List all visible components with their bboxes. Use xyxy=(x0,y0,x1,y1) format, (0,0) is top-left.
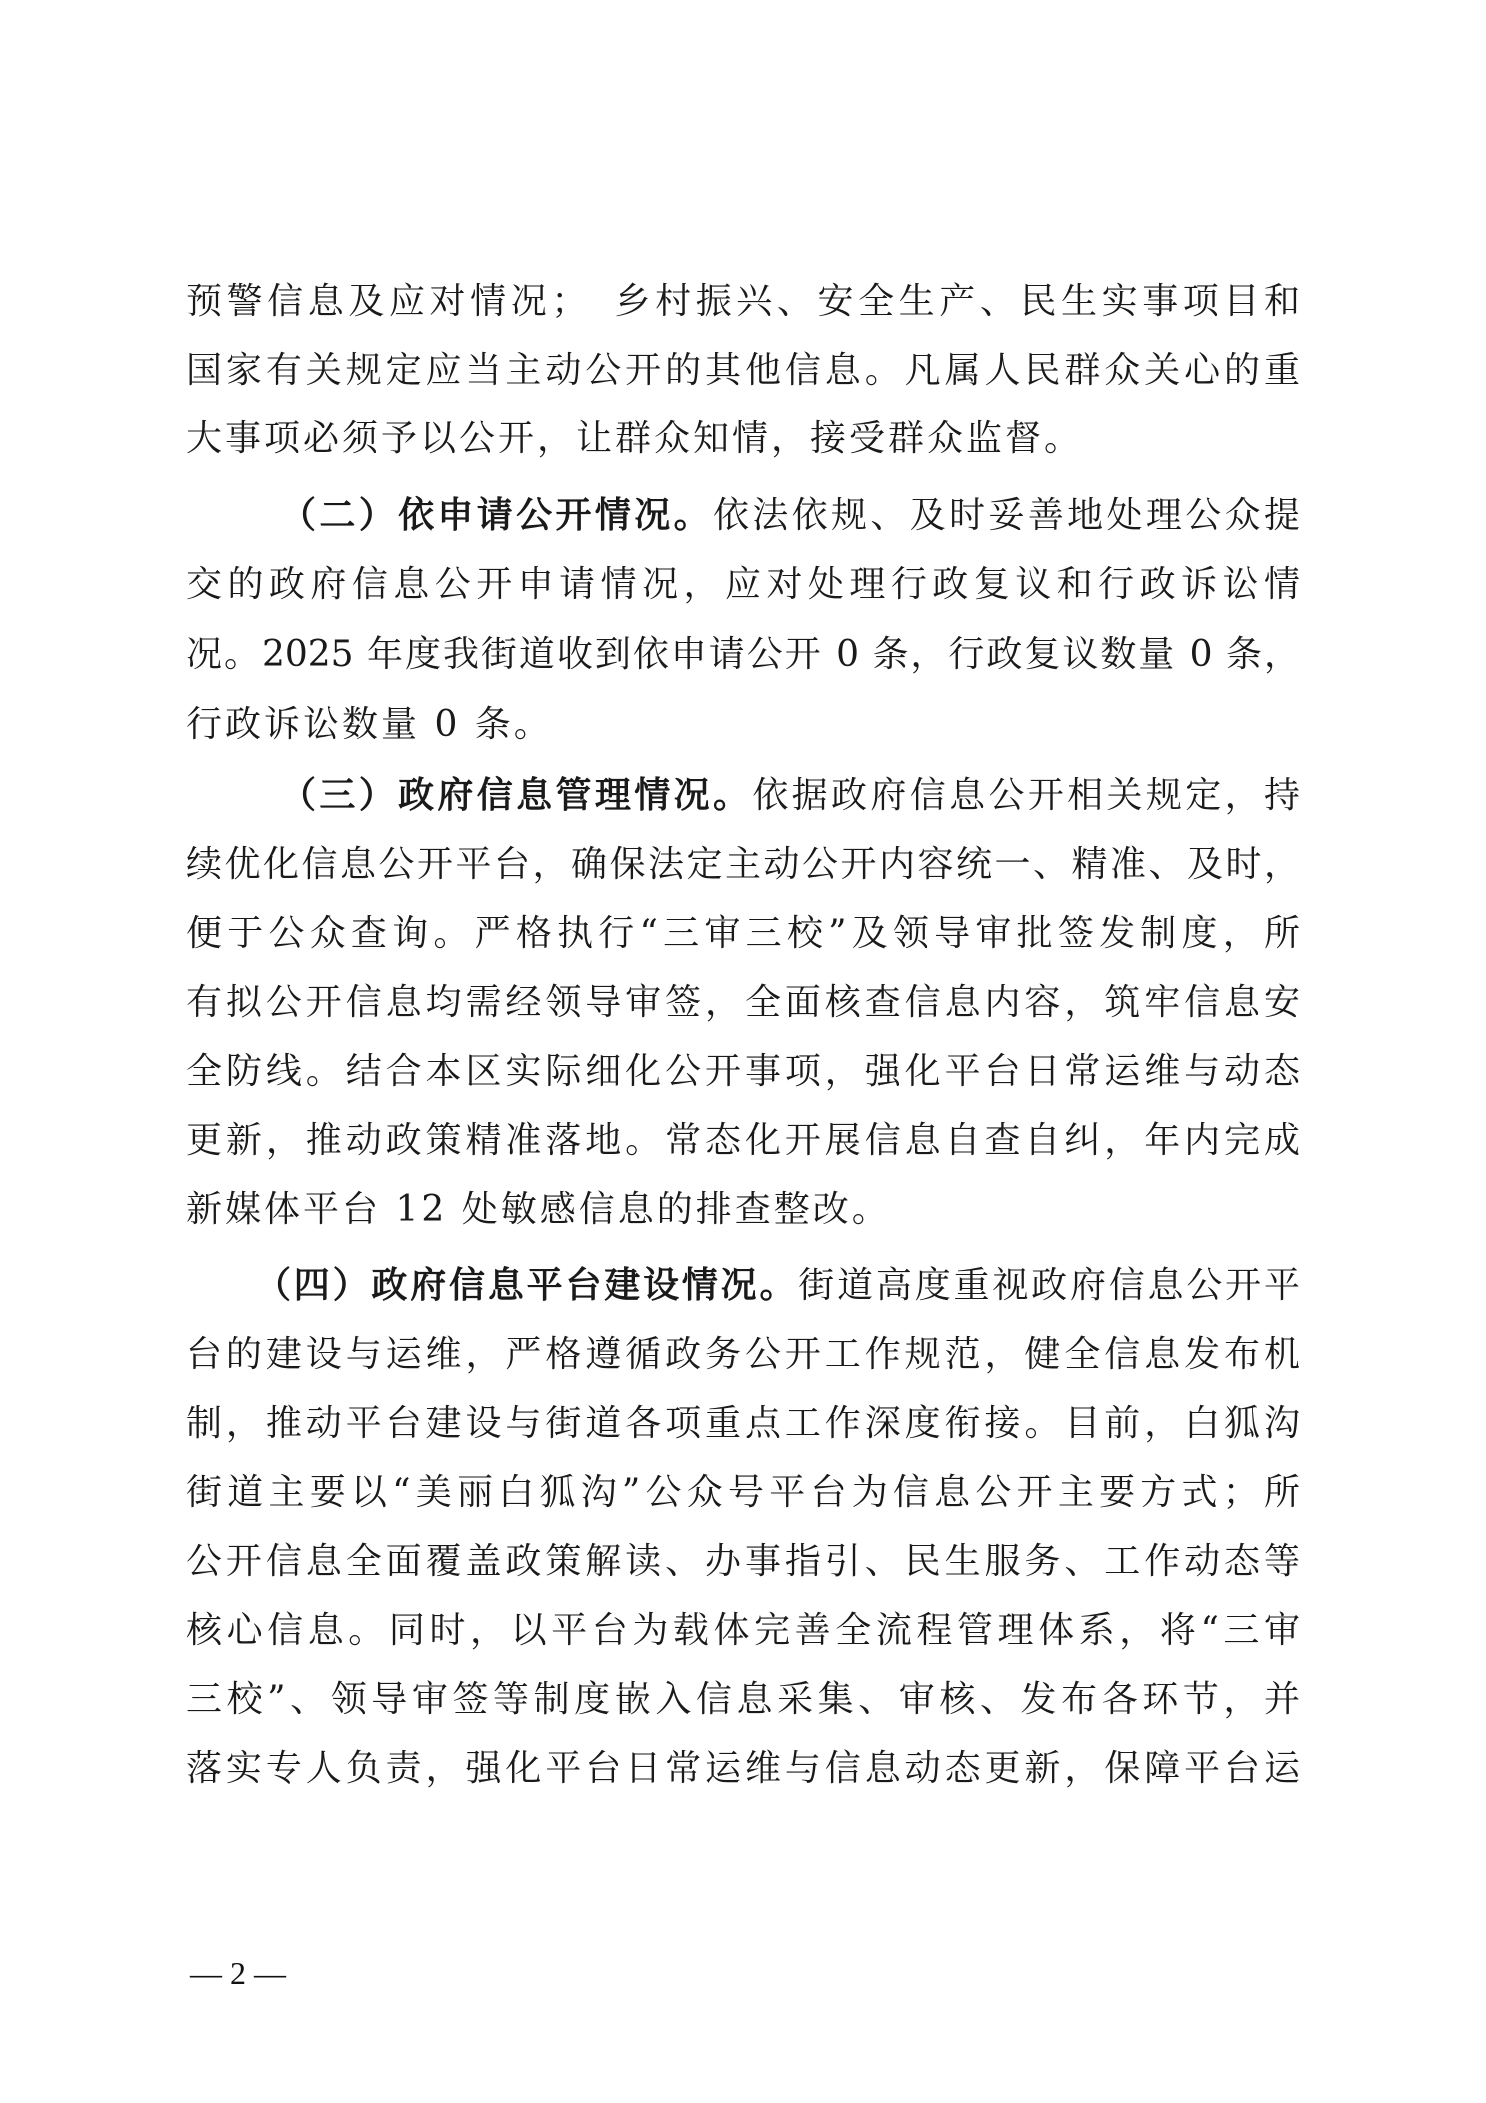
paragraph-line: 三校”、领导审签等制度嵌入信息采集、审核、发布各环节，并 xyxy=(186,1675,1300,1725)
section-heading: （四）政府信息平台建设情况。 xyxy=(255,1264,798,1306)
paragraph-line: 况。2025 年度我街道收到依申请公开 0 条，行政复议数量 0 条， xyxy=(186,630,1300,680)
line-text: 落实专人负责，强化平台日常运维与信息动态更新，保障平台运 xyxy=(186,1748,1300,1789)
paragraph-line: 街道主要以“美丽白狐沟”公众号平台为信息公开主要方式；所 xyxy=(186,1468,1300,1518)
paragraph-line: 行政诉讼数量 0 条。 xyxy=(186,700,1300,750)
paragraph-line: 核心信息。同时，以平台为载体完善全流程管理体系，将“三审 xyxy=(186,1606,1300,1656)
paragraph-line: 全防线。结合本区实际细化公开事项，强化平台日常运维与动态 xyxy=(186,1047,1300,1097)
line-text: 三校”、领导审签等制度嵌入信息采集、审核、发布各环节，并 xyxy=(186,1679,1300,1720)
line-text: 更新，推动政策精准落地。常态化开展信息自查自纠，年内完成 xyxy=(186,1120,1300,1161)
paragraph-line: 台的建设与运维，严格遵循政务公开工作规范，健全信息发布机 xyxy=(186,1330,1300,1380)
line-text: 街道主要以“美丽白狐沟”公众号平台为信息公开主要方式；所 xyxy=(186,1472,1300,1513)
section-heading-line: （二）依申请公开情况。依法依规、及时妥善地处理公众提 xyxy=(280,490,1300,540)
paragraph-line: 便于公众查询。严格执行“三审三校”及领导审批签发制度，所 xyxy=(186,909,1300,959)
paragraph-line: 新媒体平台 12 处敏感信息的排查整改。 xyxy=(186,1185,1300,1235)
line-text: 依据政府信息公开相关规定，持 xyxy=(752,775,1300,816)
line-text: 制，推动平台建设与街道各项重点工作深度衔接。目前，白狐沟 xyxy=(186,1403,1300,1444)
paragraph-line: 预警信息及应对情况； 乡村振兴、安全生产、民生实事项目和 xyxy=(186,277,1300,327)
line-text: 全防线。结合本区实际细化公开事项，强化平台日常运维与动态 xyxy=(186,1051,1300,1092)
paragraph-line: 续优化信息公开平台，确保法定主动公开内容统一、精准、及时， xyxy=(186,840,1300,890)
line-text: 续优化信息公开平台，确保法定主动公开内容统一、精准、及时， xyxy=(186,844,1300,885)
section-heading-line: （三）政府信息管理情况。依据政府信息公开相关规定，持 xyxy=(280,770,1300,820)
document-page: 预警信息及应对情况； 乡村振兴、安全生产、民生实事项目和国家有关规定应当主动公开… xyxy=(0,0,1486,2103)
paragraph-line: 公开信息全面覆盖政策解读、办事指引、民生服务、工作动态等 xyxy=(186,1537,1300,1587)
paragraph-line: 交的政府信息公开申请情况，应对处理行政复议和行政诉讼情 xyxy=(186,560,1300,610)
paragraph-line: 大事项必须予以公开，让群众知情，接受群众监督。 xyxy=(186,414,1300,464)
line-text: 行政诉讼数量 0 条。 xyxy=(186,704,553,745)
line-text: 大事项必须予以公开，让群众知情，接受群众监督。 xyxy=(186,418,1083,459)
line-text: 国家有关规定应当主动公开的其他信息。凡属人民群众关心的重 xyxy=(186,350,1300,391)
section-heading: （二）依申请公开情况。 xyxy=(280,494,713,536)
line-text: 台的建设与运维，严格遵循政务公开工作规范，健全信息发布机 xyxy=(186,1334,1300,1375)
line-text: 便于公众查询。严格执行“三审三校”及领导审批签发制度，所 xyxy=(186,913,1300,954)
line-text: 核心信息。同时，以平台为载体完善全流程管理体系，将“三审 xyxy=(186,1610,1300,1651)
line-text: 依法依规、及时妥善地处理公众提 xyxy=(713,495,1300,536)
section-heading-line: （四）政府信息平台建设情况。街道高度重视政府信息公开平 xyxy=(255,1260,1300,1310)
paragraph-line: 更新，推动政策精准落地。常态化开展信息自查自纠，年内完成 xyxy=(186,1116,1300,1166)
line-text: 预警信息及应对情况； 乡村振兴、安全生产、民生实事项目和 xyxy=(186,281,1300,322)
section-heading: （三）政府信息管理情况。 xyxy=(280,774,752,816)
line-text: 况。2025 年度我街道收到依申请公开 0 条，行政复议数量 0 条， xyxy=(186,634,1300,675)
paragraph-line: 制，推动平台建设与街道各项重点工作深度衔接。目前，白狐沟 xyxy=(186,1399,1300,1449)
paragraph-line: 有拟公开信息均需经领导审签，全面核查信息内容，筑牢信息安 xyxy=(186,978,1300,1028)
line-text: 街道高度重视政府信息公开平 xyxy=(798,1265,1300,1306)
paragraph-line: 落实专人负责，强化平台日常运维与信息动态更新，保障平台运 xyxy=(186,1744,1300,1794)
line-text: 交的政府信息公开申请情况，应对处理行政复议和行政诉讼情 xyxy=(186,564,1300,605)
line-text: 有拟公开信息均需经领导审签，全面核查信息内容，筑牢信息安 xyxy=(186,982,1300,1023)
line-text: 公开信息全面覆盖政策解读、办事指引、民生服务、工作动态等 xyxy=(186,1541,1300,1582)
page-number: — 2 — xyxy=(190,1955,286,1992)
line-text: 新媒体平台 12 处敏感信息的排查整改。 xyxy=(186,1189,891,1230)
paragraph-line: 国家有关规定应当主动公开的其他信息。凡属人民群众关心的重 xyxy=(186,346,1300,396)
